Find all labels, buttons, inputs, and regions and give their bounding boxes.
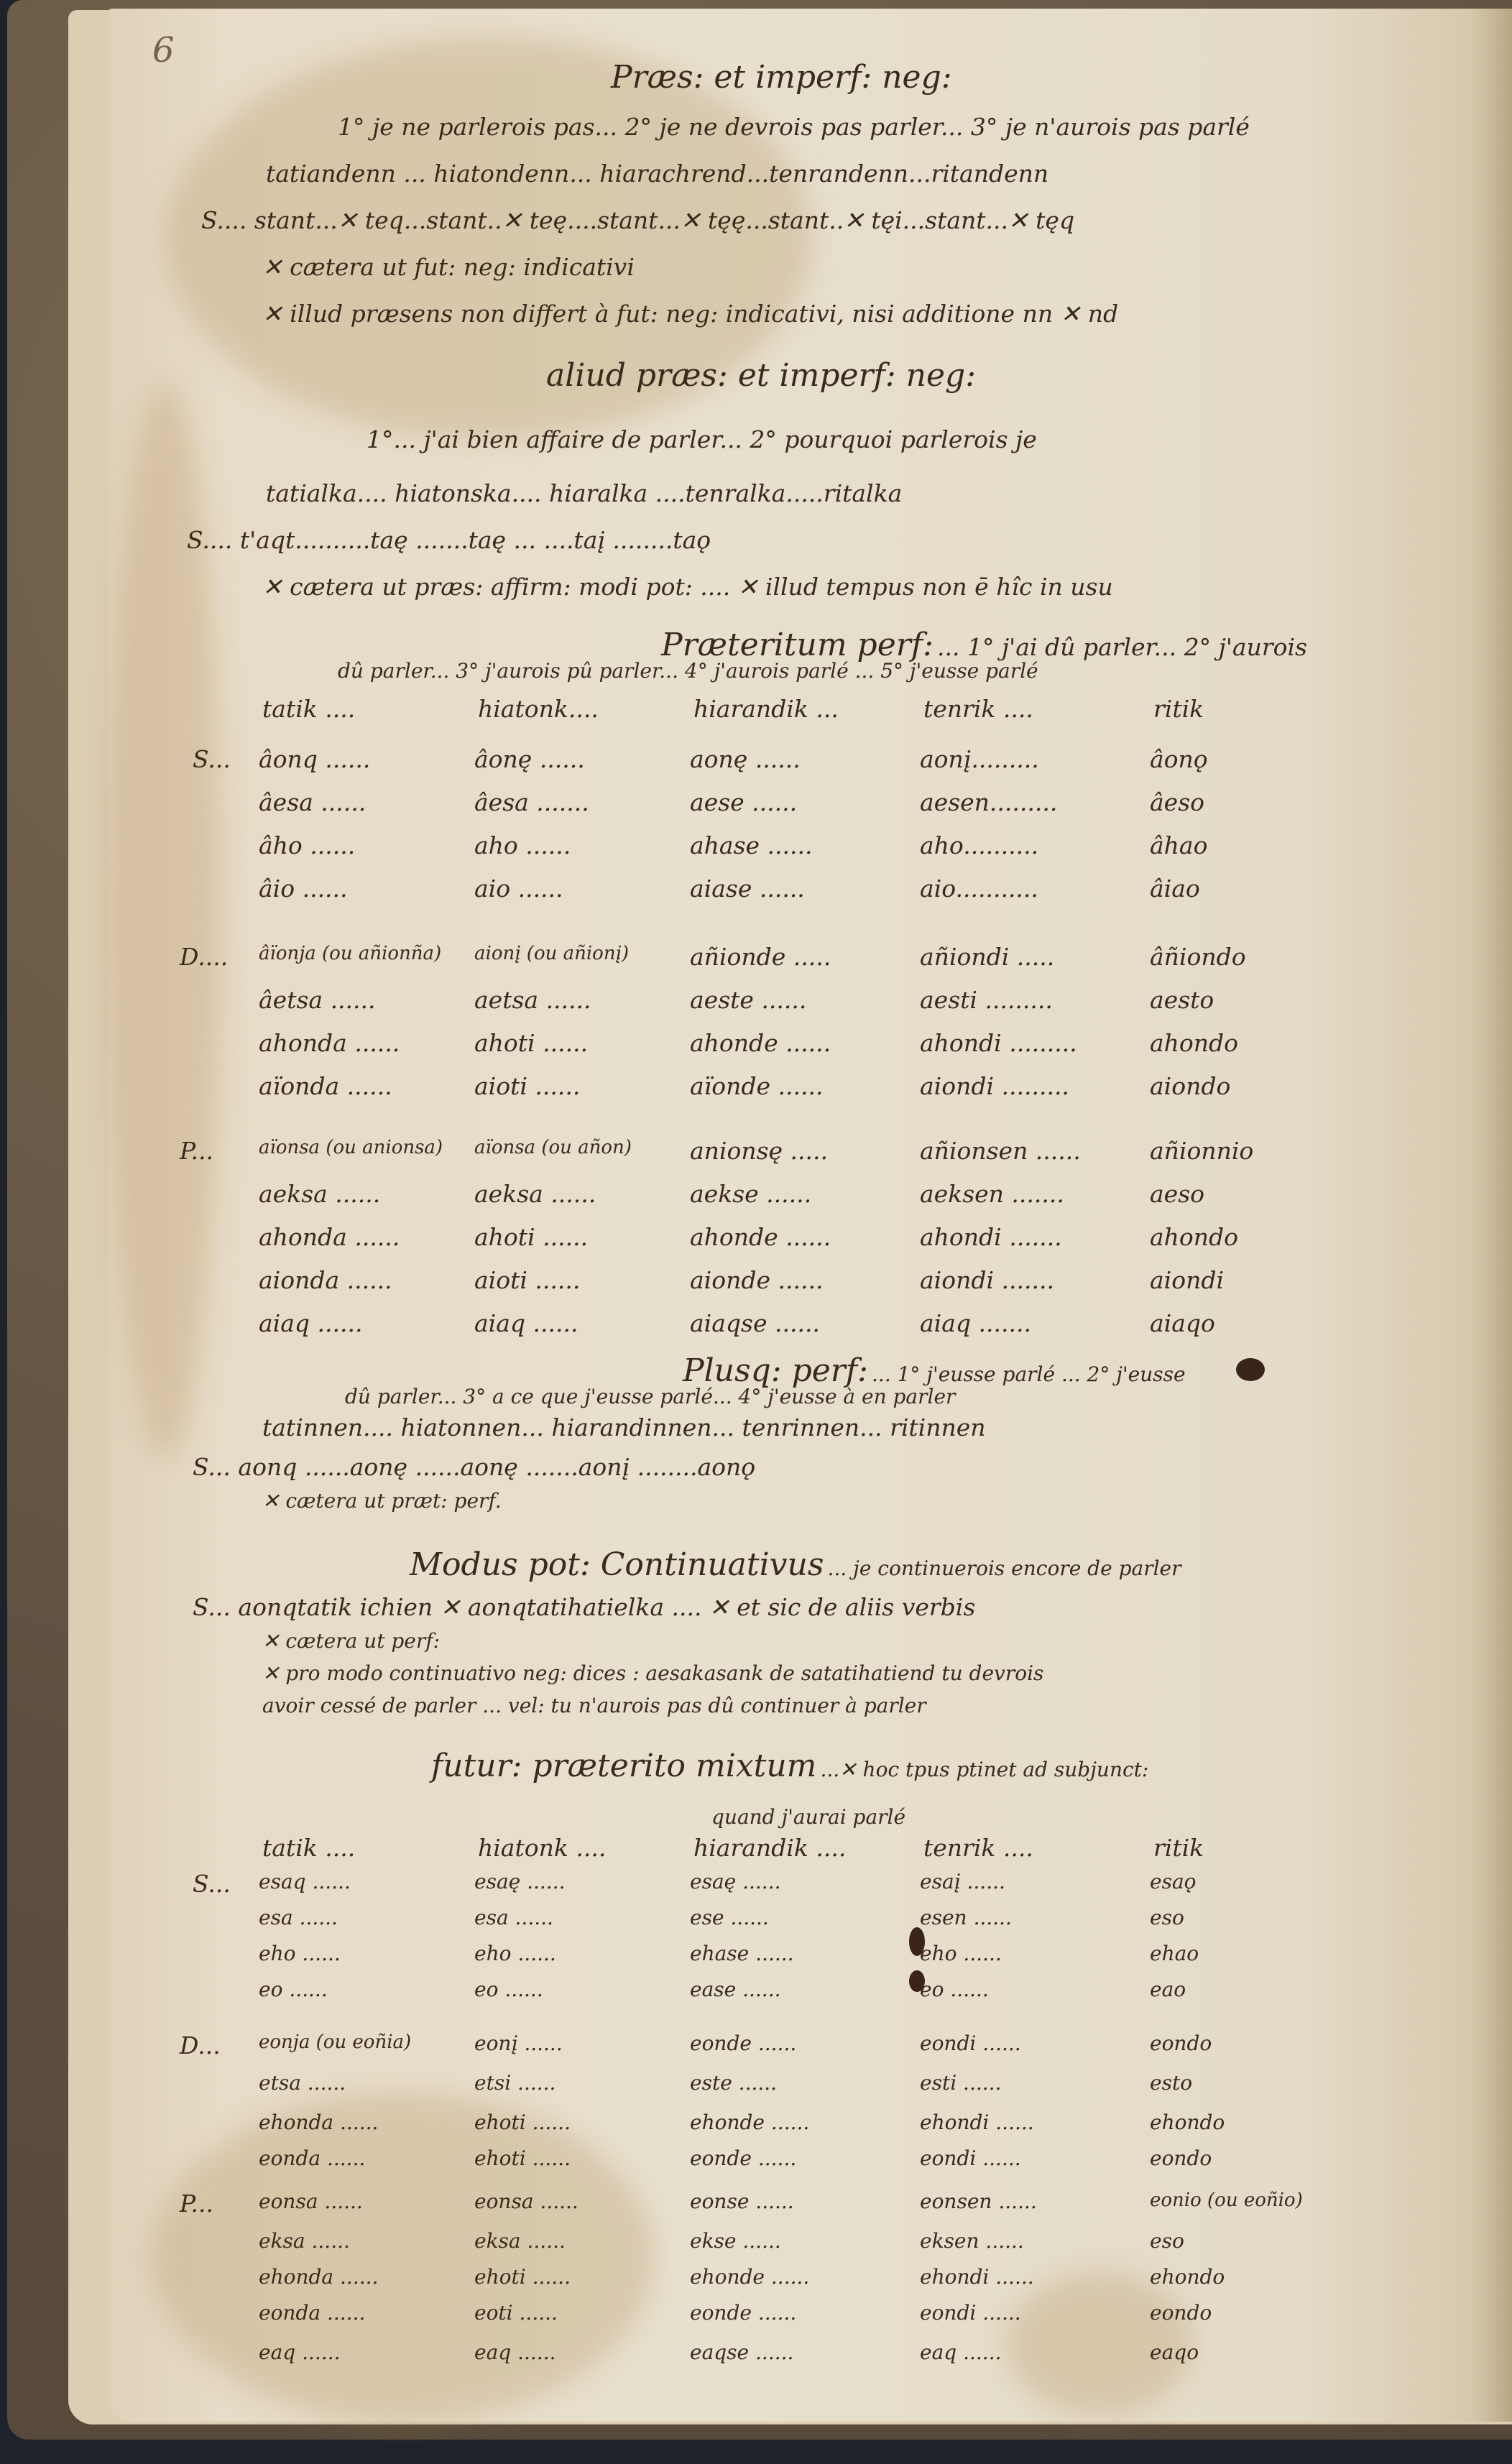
- section-title: Præteritum perf:: [661, 627, 934, 663]
- person-forms: tatiandenn ... hiatondenn... hiarachrend…: [266, 160, 1048, 188]
- paradigm-row: aïonsa (ou anionsa)aïonsa (ou añon)anion…: [259, 1137, 1337, 1165]
- paradigm-row: eksa ......eksa ......ekse ......eksen .…: [259, 2229, 1337, 2253]
- person-forms: tatik .... hiatonk .... hiarandik .... t…: [262, 1834, 1340, 1862]
- paradigm-row: esa ......esa ......ese ......esen .....…: [259, 1906, 1337, 1929]
- paradigm-row: eonsa ......eonsa ......eonse ......eons…: [259, 2190, 1337, 2213]
- note: ✕ pro modo continuativo neg: dices : aes…: [262, 1661, 1043, 1685]
- paradigm-row: etsa ......etsi ......este ......esti ..…: [259, 2071, 1337, 2095]
- row-forms: t'aqt..........taę .......taę ... ....ta…: [240, 526, 711, 554]
- person-forms: tatik .... hiatonk.... hiarandik ... ten…: [262, 695, 1340, 723]
- paradigm-row: eaq ......eaq ......eaqse ......eaq ....…: [259, 2340, 1337, 2364]
- french-gloss: ... je continuerois encore de parler: [828, 1556, 1181, 1580]
- french-gloss-continued: dû parler... 3° j'aurois pû parler... 4°…: [338, 659, 1038, 683]
- paradigm-row: esaq ......esaę ......esaę ......esaį ..…: [259, 1870, 1337, 1893]
- row-forms: aonqtatik ichien ✕ aonqtatihatielka ....…: [238, 1593, 975, 1621]
- note: avoir cessé de parler ... vel: tu n'auro…: [262, 1694, 926, 1717]
- page-number: 6: [152, 30, 175, 70]
- number-label: S...: [193, 745, 231, 773]
- section-title: Præs: et imperf: neg:: [611, 59, 952, 96]
- paradigm-row: eonja (ou eoñia)eonį ......eonde ......e…: [259, 2031, 1337, 2055]
- paradigm-row: eonda ......eoti ......eonde ......eondi…: [259, 2301, 1337, 2325]
- paradigm-row: ahonda ......ahoti ......ahonde ......ah…: [259, 1223, 1337, 1251]
- person-forms: tatinnen.... hiatonnen... hiarandinnen..…: [262, 1413, 986, 1441]
- paradigm-row: ahonda ......ahoti ......ahonde ......ah…: [259, 1029, 1337, 1057]
- person-forms: tatialka.... hiatonska.... hiaralka ....…: [266, 479, 902, 507]
- row-forms: stant...✕ teq...stant..✕ teę....stant...…: [254, 206, 1074, 234]
- paradigm-row: âio ......aio ......aiase ......aio.....…: [259, 875, 1337, 903]
- number-label: P...: [180, 2190, 213, 2218]
- section-heading: Plusq: perf: ... 1° j'eusse parlé ... 2°…: [683, 1352, 1186, 1389]
- section-title: futur: præterito mixtum: [431, 1748, 816, 1784]
- paradigm-row: aionda ......aioti ......aionde ......ai…: [259, 1266, 1337, 1294]
- french-gloss: quand j'aurai parlé: [711, 1805, 905, 1829]
- number-label: S....: [187, 526, 232, 554]
- ink-blot: [909, 1927, 925, 1956]
- paradigm-row: âesa ......âesa .......aese ......aesen.…: [259, 788, 1337, 816]
- section-title: Plusq: perf:: [683, 1352, 868, 1389]
- number-label: P...: [180, 1137, 213, 1165]
- number-label: S...: [193, 1870, 231, 1898]
- paradigm-row: âïonja (ou añionña)aionį (ou añionį)añio…: [259, 943, 1337, 971]
- note: ✕ illud præsens non differt à fut: neg: …: [262, 300, 1118, 328]
- number-label: S...: [193, 1593, 231, 1621]
- ink-blot: [909, 1970, 925, 1992]
- section-title: aliud præs: et imperf: neg:: [546, 357, 976, 394]
- paradigm-row: aeksa ......aeksa ......aekse ......aeks…: [259, 1180, 1337, 1208]
- singular-row: S... aonq ......aonę ......aonę .......a…: [193, 1453, 755, 1481]
- number-label: S....: [201, 206, 246, 234]
- paradigm-row: âonq ......âonę ......aonę ......aonį...…: [259, 745, 1337, 773]
- french-gloss-continued: dû parler... 3° a ce que j'eusse parlé..…: [345, 1385, 955, 1408]
- note: ✕ cætera ut præs: affirm: modi pot: ....…: [262, 573, 1113, 601]
- ink-blot: [1236, 1358, 1265, 1381]
- french-gloss: 1°... j'ai bien affaire de parler... 2° …: [367, 425, 1037, 453]
- note: ✕ cætera ut perf:: [262, 1629, 440, 1653]
- note: ✕ cætera ut fut: neg: indicativi: [262, 253, 635, 281]
- paradigm-row: eonda ......ehoti ......eonde ......eond…: [259, 2146, 1337, 2170]
- number-label: S...: [193, 1453, 231, 1481]
- french-gloss: ... 1° j'eusse parlé ... 2° j'eusse: [872, 1362, 1186, 1386]
- singular-row: S.... stant...✕ teq...stant..✕ teę....st…: [201, 206, 1074, 234]
- paradigm-row: âho ......aho ......ahase ......aho.....…: [259, 831, 1337, 859]
- french-gloss: ... 1° j'ai dû parler... 2° j'aurois: [937, 633, 1307, 661]
- number-label: D...: [180, 2031, 221, 2059]
- section-title: Modus pot: Continuativus: [410, 1546, 824, 1583]
- singular-row: S.... t'aqt..........taę .......taę ... …: [187, 526, 711, 554]
- section-heading: Modus pot: Continuativus ... je continue…: [410, 1546, 1181, 1583]
- paradigm-row: ehonda ......ehoti ......ehonde ......eh…: [259, 2265, 1337, 2289]
- paradigm-row: âetsa ......aetsa ......aeste ......aest…: [259, 986, 1337, 1014]
- section-heading: futur: præterito mixtum ...✕ hoc tpus pt…: [431, 1748, 1148, 1784]
- french-gloss: 1° je ne parlerois pas... 2° je ne devro…: [338, 113, 1250, 141]
- side-note: ...✕ hoc tpus ptinet ad subjunct:: [820, 1758, 1148, 1781]
- paradigm-row: aiaq ......aiaq ......aiaqse ......aiaq …: [259, 1309, 1337, 1337]
- paradigm-row: ehonda ......ehoti ......ehonde ......eh…: [259, 2110, 1337, 2134]
- note: ✕ cætera ut præt: perf.: [262, 1489, 502, 1513]
- manuscript-page: 6 Præs: et imperf: neg: 1° je ne parlero…: [108, 9, 1512, 2422]
- water-stain: [151, 2092, 654, 2423]
- row-forms: aonq ......aonę ......aonę .......aonį .…: [238, 1453, 755, 1481]
- number-label: D....: [180, 943, 228, 971]
- paradigm-row: eo ......eo ......ease ......eo ......ea…: [259, 1978, 1337, 2001]
- paradigm-row: eho ......eho ......ehase ......eho ....…: [259, 1942, 1337, 1965]
- paradigm-row: aïonda ......aioti ......aïonde ......ai…: [259, 1072, 1337, 1100]
- section-heading: Præteritum perf: ... 1° j'ai dû parler..…: [661, 627, 1307, 663]
- singular-row: S... aonqtatik ichien ✕ aonqtatihatielka…: [193, 1593, 975, 1621]
